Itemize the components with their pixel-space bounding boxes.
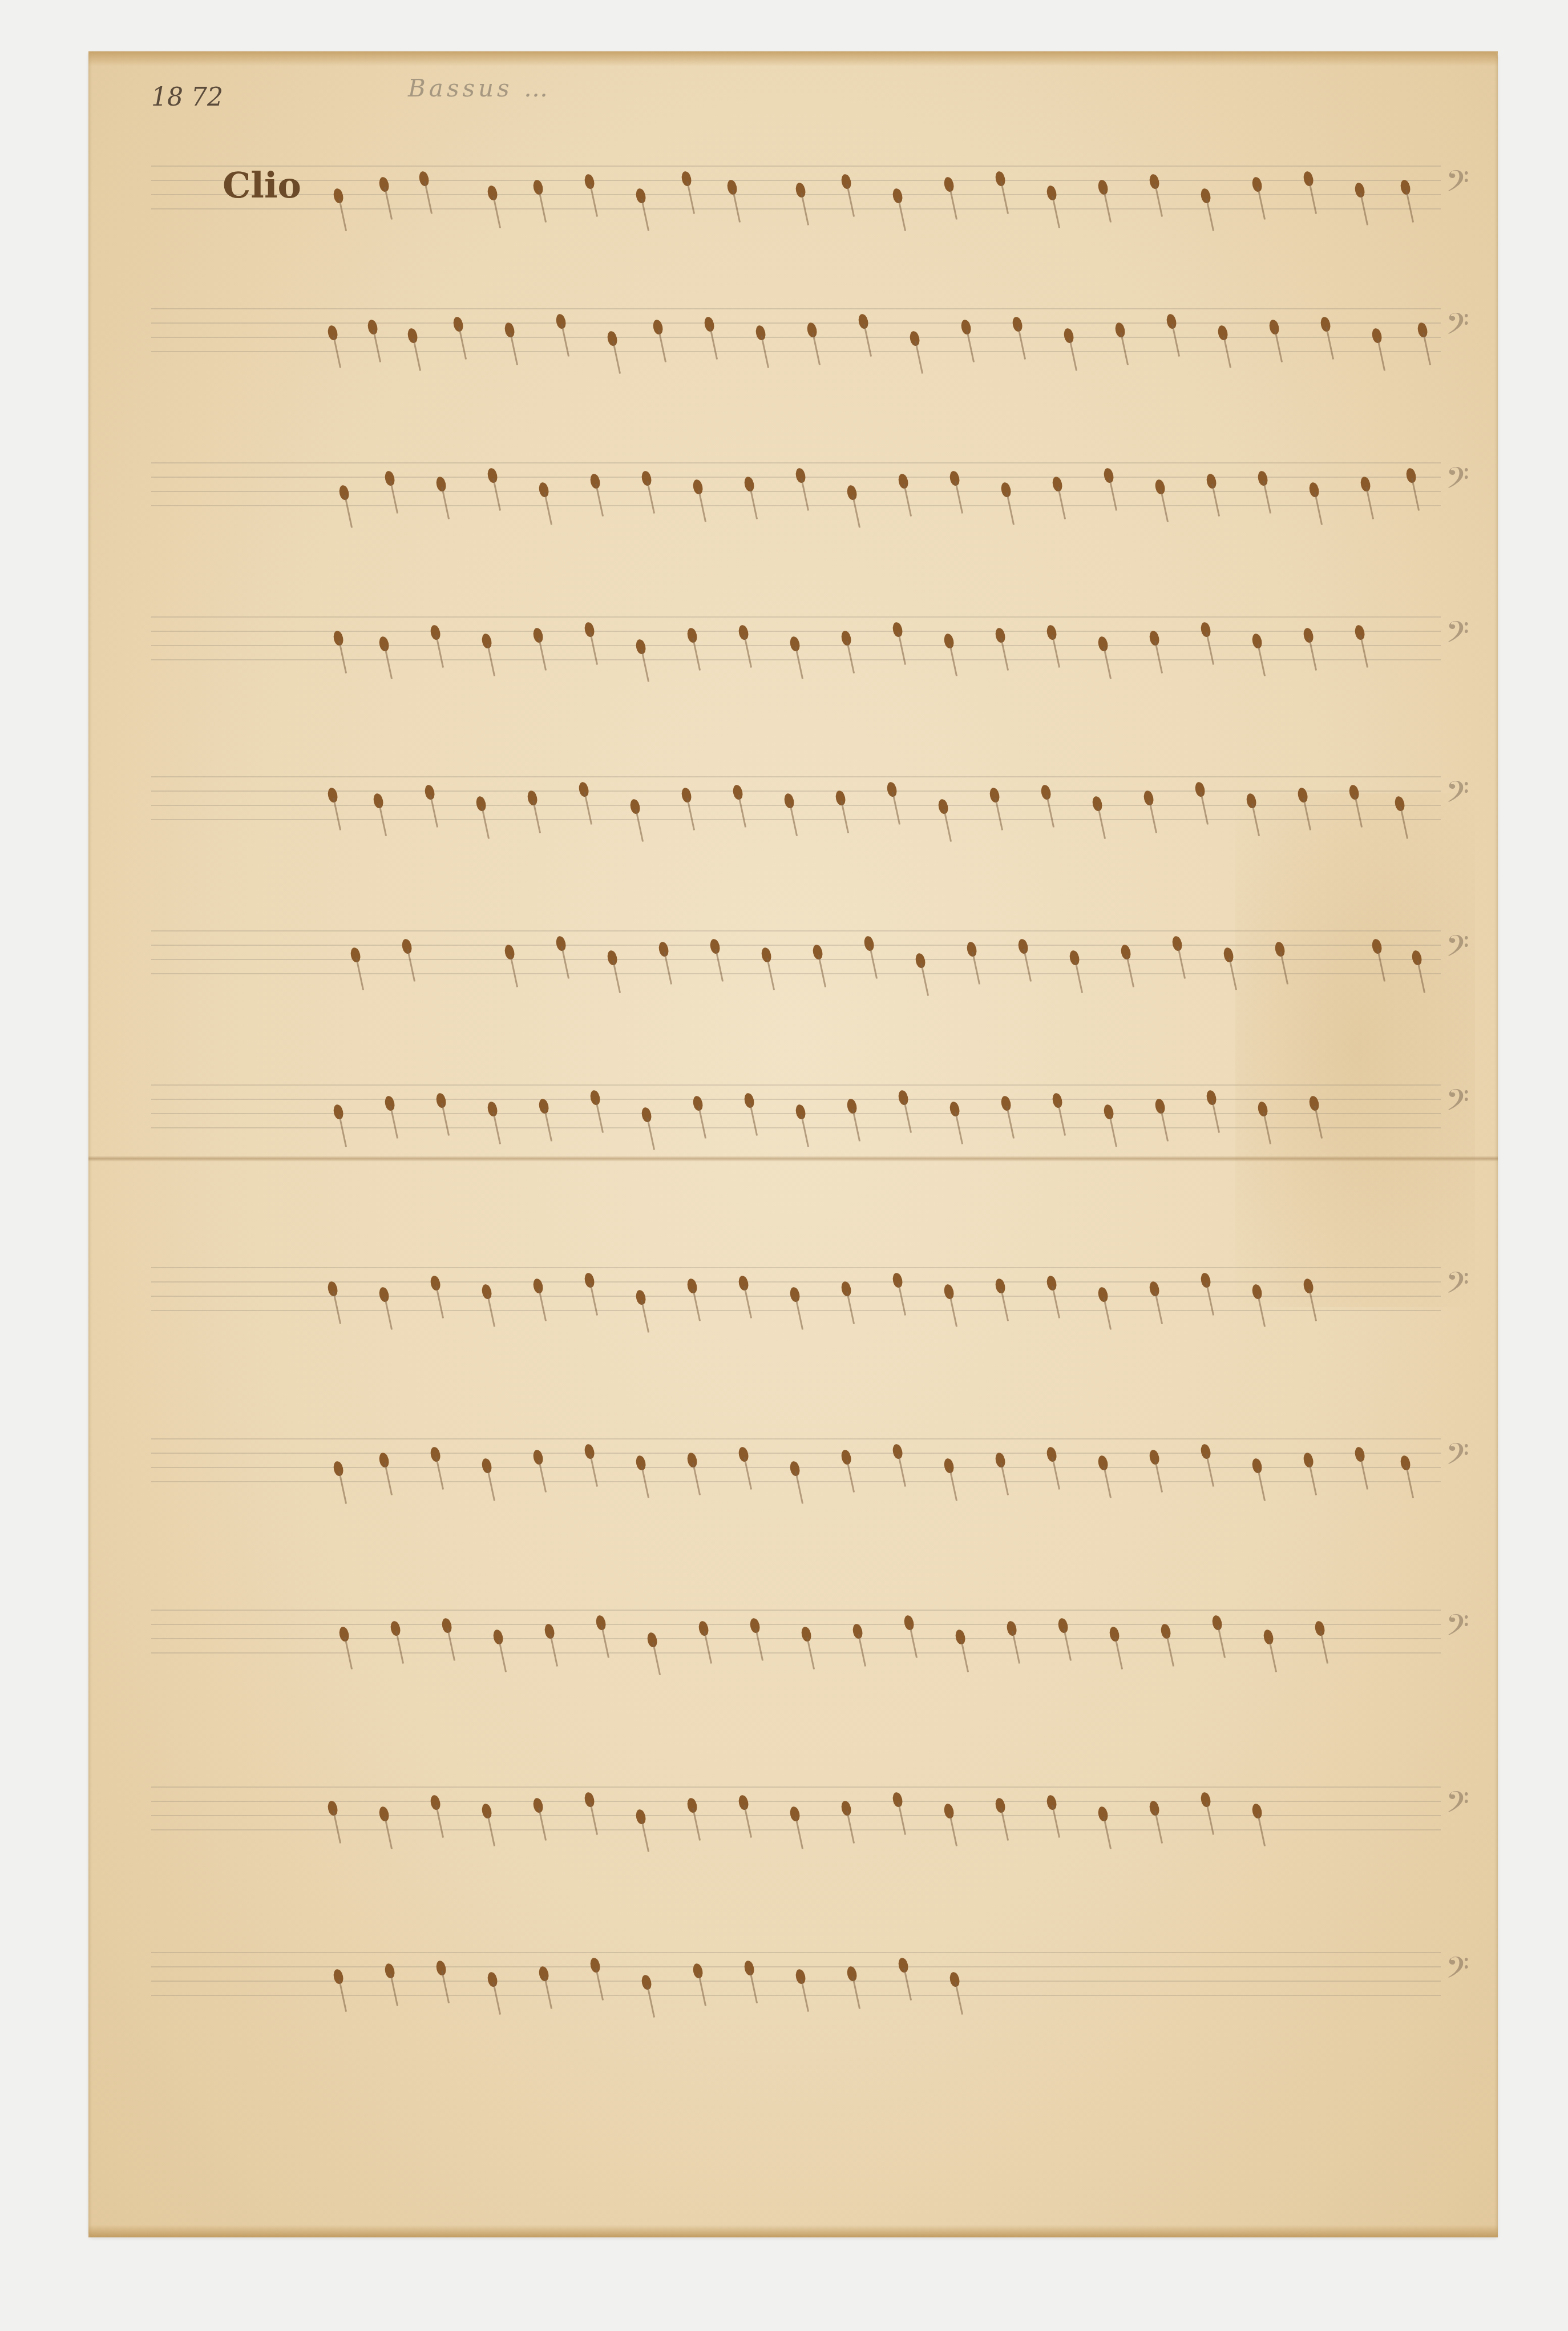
note-head-icon xyxy=(635,188,646,204)
note-head-icon xyxy=(703,316,715,333)
clef-icon: 𝄢 xyxy=(1446,775,1469,817)
note-head-icon xyxy=(686,1278,698,1294)
note-head-icon xyxy=(783,793,795,809)
note-head-icon xyxy=(1165,313,1177,330)
note-head-icon xyxy=(338,1626,350,1643)
note-head-icon xyxy=(680,787,692,804)
note-head-icon xyxy=(1097,636,1109,652)
note-head-icon xyxy=(326,787,338,804)
note-head-icon xyxy=(937,798,949,815)
note-head-icon xyxy=(1353,1446,1365,1463)
clef-icon: 𝄢 xyxy=(1446,1951,1469,1993)
note-head-icon xyxy=(897,1090,909,1106)
note-head-icon xyxy=(1102,1104,1114,1120)
notes-row xyxy=(317,1598,1407,1684)
note-head-icon xyxy=(1045,624,1057,641)
notes-row xyxy=(317,154,1407,240)
note-head-icon xyxy=(532,1797,544,1814)
note-head-icon xyxy=(492,1629,504,1646)
note-head-icon xyxy=(435,1960,447,1977)
clef-icon: 𝄢 xyxy=(1446,1266,1469,1308)
note-head-icon xyxy=(692,479,704,495)
note-head-icon xyxy=(1199,622,1211,638)
note-head-icon xyxy=(834,790,846,806)
note-head-icon xyxy=(891,1272,903,1289)
note-head-icon xyxy=(840,1800,852,1817)
note-head-icon xyxy=(1148,630,1160,647)
note-head-icon xyxy=(532,1278,544,1294)
note-head-icon xyxy=(886,781,898,798)
note-head-icon xyxy=(789,1461,801,1477)
note-head-icon xyxy=(908,330,920,347)
note-head-icon xyxy=(840,1449,852,1466)
note-head-icon xyxy=(891,1792,903,1808)
clef-icon: 𝄢 xyxy=(1446,1083,1469,1126)
note-head-icon xyxy=(943,176,955,193)
note-head-icon xyxy=(1308,482,1320,498)
music-staff: 𝄢 xyxy=(151,451,1441,537)
note-head-icon xyxy=(635,639,646,655)
note-head-icon xyxy=(1371,938,1383,955)
note-head-icon xyxy=(429,1794,441,1811)
note-head-icon xyxy=(988,787,1000,804)
music-staff: 𝄢 xyxy=(151,1775,1441,1861)
note-head-icon xyxy=(1393,796,1405,812)
note-head-icon xyxy=(737,1794,749,1811)
note-head-icon xyxy=(1097,1455,1109,1471)
note-head-icon xyxy=(1296,787,1308,804)
music-staff: 𝄢 xyxy=(151,297,1441,382)
note-head-icon xyxy=(503,322,515,338)
note-head-icon xyxy=(891,622,903,638)
note-head-icon xyxy=(583,1443,595,1460)
note-head-icon xyxy=(635,1289,646,1306)
note-head-icon xyxy=(326,1800,338,1817)
note-head-icon xyxy=(378,1806,390,1822)
notes-row xyxy=(317,605,1407,691)
note-head-icon xyxy=(1256,1101,1268,1118)
notes-row xyxy=(317,765,1407,850)
note-head-icon xyxy=(943,633,955,650)
note-head-icon xyxy=(383,1963,395,1979)
note-head-icon xyxy=(332,1461,344,1477)
note-head-icon xyxy=(1148,174,1160,190)
note-head-icon xyxy=(1371,328,1383,344)
note-head-icon xyxy=(1120,944,1131,961)
note-head-icon xyxy=(914,953,926,969)
note-head-icon xyxy=(743,1092,755,1109)
note-head-icon xyxy=(994,1452,1006,1469)
note-head-icon xyxy=(1102,467,1114,484)
note-head-icon xyxy=(789,636,801,652)
music-staff: 𝄢 xyxy=(151,605,1441,691)
note-head-icon xyxy=(589,473,601,490)
note-head-icon xyxy=(583,1792,595,1808)
note-head-icon xyxy=(749,1618,761,1634)
note-head-icon xyxy=(1097,179,1109,196)
note-head-icon xyxy=(1114,322,1126,338)
note-head-icon xyxy=(532,1449,544,1466)
note-head-icon xyxy=(1222,947,1234,963)
music-staff: 𝄢 xyxy=(151,765,1441,850)
note-head-icon xyxy=(994,627,1006,644)
note-head-icon xyxy=(418,171,430,187)
note-head-icon xyxy=(943,1458,955,1474)
note-head-icon xyxy=(903,1615,915,1631)
note-head-icon xyxy=(1217,325,1228,341)
note-head-icon xyxy=(577,781,589,798)
note-head-icon xyxy=(692,1963,704,1979)
note-head-icon xyxy=(1268,319,1280,336)
notes-row xyxy=(317,297,1407,382)
note-head-icon xyxy=(606,950,618,966)
note-head-icon xyxy=(840,174,852,190)
note-head-icon xyxy=(332,188,344,204)
note-head-icon xyxy=(743,476,755,493)
note-head-icon xyxy=(486,1101,498,1118)
note-head-icon xyxy=(532,627,544,644)
note-head-icon xyxy=(486,1971,498,1988)
note-head-icon xyxy=(789,1287,801,1303)
note-head-icon xyxy=(1205,473,1217,490)
note-head-icon xyxy=(891,188,903,204)
note-head-icon xyxy=(475,796,487,812)
note-head-icon xyxy=(486,467,498,484)
note-head-icon xyxy=(583,174,595,190)
clef-icon: 𝄢 xyxy=(1446,1608,1469,1651)
note-head-icon xyxy=(754,325,766,341)
notes-row xyxy=(317,919,1407,1005)
note-head-icon xyxy=(635,1455,646,1471)
note-head-icon xyxy=(686,1452,698,1469)
note-head-icon xyxy=(332,630,344,647)
note-head-icon xyxy=(1154,1098,1166,1115)
clef-icon: 𝄢 xyxy=(1446,307,1469,349)
note-head-icon xyxy=(538,1098,549,1115)
note-head-icon xyxy=(1302,1278,1314,1294)
note-head-icon xyxy=(326,325,338,341)
note-head-icon xyxy=(372,793,384,809)
note-head-icon xyxy=(737,1446,749,1463)
note-head-icon xyxy=(1000,482,1012,498)
note-head-icon xyxy=(480,1803,492,1820)
note-head-icon xyxy=(697,1620,709,1637)
note-head-icon xyxy=(401,938,413,955)
note-head-icon xyxy=(897,1957,909,1974)
note-head-icon xyxy=(640,470,652,487)
note-head-icon xyxy=(349,947,361,963)
note-head-icon xyxy=(1051,476,1063,493)
note-head-icon xyxy=(543,1623,555,1640)
note-head-icon xyxy=(1154,479,1166,495)
note-head-icon xyxy=(846,1966,858,1982)
note-head-icon xyxy=(532,179,544,196)
note-head-icon xyxy=(1262,1629,1274,1646)
note-head-icon xyxy=(960,319,972,336)
note-head-icon xyxy=(1005,1620,1017,1637)
note-head-icon xyxy=(948,1971,960,1988)
note-head-icon xyxy=(846,485,858,501)
note-head-icon xyxy=(583,1272,595,1289)
music-staff: 𝄢 xyxy=(151,1598,1441,1684)
note-head-icon xyxy=(1062,328,1074,344)
note-head-icon xyxy=(1211,1615,1223,1631)
note-head-icon xyxy=(840,630,852,647)
note-head-icon xyxy=(794,467,806,484)
note-head-icon xyxy=(657,941,669,958)
note-head-icon xyxy=(1045,185,1057,201)
note-head-icon xyxy=(1091,796,1103,812)
note-head-icon xyxy=(1199,1272,1211,1289)
note-head-icon xyxy=(943,1803,955,1820)
note-head-icon xyxy=(1251,633,1263,650)
note-head-icon xyxy=(794,182,806,199)
note-head-icon xyxy=(452,316,464,333)
note-head-icon xyxy=(1017,938,1029,955)
note-head-icon xyxy=(589,1957,601,1974)
note-head-icon xyxy=(480,633,492,650)
note-head-icon xyxy=(1171,935,1183,952)
note-head-icon xyxy=(1045,1446,1057,1463)
accession-number: 18 72 xyxy=(151,83,223,112)
note-head-icon xyxy=(1097,1287,1109,1303)
note-head-icon xyxy=(1199,1792,1211,1808)
note-head-icon xyxy=(389,1620,401,1637)
note-head-icon xyxy=(811,944,823,961)
note-head-icon xyxy=(652,319,664,336)
note-head-icon xyxy=(897,473,909,490)
note-head-icon xyxy=(332,1969,344,1985)
note-head-icon xyxy=(635,1809,646,1825)
note-head-icon xyxy=(366,319,378,336)
clef-icon: 𝄢 xyxy=(1446,461,1469,503)
note-head-icon xyxy=(1314,1620,1325,1637)
notes-row xyxy=(317,1256,1407,1341)
note-head-icon xyxy=(441,1618,452,1634)
note-head-icon xyxy=(486,185,498,201)
note-head-icon xyxy=(640,1974,652,1991)
notes-row xyxy=(317,1073,1407,1159)
note-head-icon xyxy=(1245,793,1257,809)
note-head-icon xyxy=(1353,624,1365,641)
note-head-icon xyxy=(423,784,435,801)
note-head-icon xyxy=(383,470,395,487)
note-head-icon xyxy=(1199,1443,1211,1460)
note-head-icon xyxy=(1045,1794,1057,1811)
note-head-icon xyxy=(954,1629,966,1646)
note-head-icon xyxy=(737,1275,749,1292)
note-head-icon xyxy=(1068,950,1080,966)
note-head-icon xyxy=(994,1278,1006,1294)
note-head-icon xyxy=(1057,1618,1069,1634)
note-head-icon xyxy=(1302,1452,1314,1469)
music-staff: 𝄢 xyxy=(151,1073,1441,1159)
note-head-icon xyxy=(378,176,390,193)
note-head-icon xyxy=(538,1966,549,1982)
note-head-icon xyxy=(965,941,977,958)
note-head-icon xyxy=(857,313,869,330)
note-head-icon xyxy=(692,1095,704,1112)
music-staff: 𝄢 xyxy=(151,1427,1441,1513)
note-head-icon xyxy=(555,935,567,952)
note-head-icon xyxy=(1148,1800,1160,1817)
note-head-icon xyxy=(378,636,390,652)
note-head-icon xyxy=(480,1458,492,1474)
notes-row xyxy=(317,1427,1407,1513)
note-head-icon xyxy=(526,790,538,806)
note-head-icon xyxy=(948,1101,960,1118)
note-head-icon xyxy=(429,1446,441,1463)
note-head-icon xyxy=(726,179,738,196)
note-head-icon xyxy=(737,624,749,641)
note-head-icon xyxy=(1302,627,1314,644)
clef-icon: 𝄢 xyxy=(1446,929,1469,971)
note-head-icon xyxy=(1045,1275,1057,1292)
note-head-icon xyxy=(1251,176,1263,193)
note-head-icon xyxy=(429,1275,441,1292)
note-head-icon xyxy=(1251,1458,1263,1474)
note-head-icon xyxy=(1000,1095,1012,1112)
note-head-icon xyxy=(994,1797,1006,1814)
note-head-icon xyxy=(378,1452,390,1469)
note-head-icon xyxy=(943,1284,955,1300)
note-head-icon xyxy=(1051,1092,1063,1109)
note-head-icon xyxy=(1359,476,1371,493)
note-head-icon xyxy=(1251,1284,1263,1300)
note-head-icon xyxy=(640,1107,652,1123)
note-head-icon xyxy=(555,313,567,330)
note-head-icon xyxy=(383,1095,395,1112)
note-head-icon xyxy=(851,1623,863,1640)
note-head-icon xyxy=(743,1960,755,1977)
note-head-icon xyxy=(1274,941,1286,958)
note-head-icon xyxy=(1159,1623,1171,1640)
paper-top-edge xyxy=(88,51,1498,66)
note-head-icon xyxy=(1256,470,1268,487)
paper-bottom-edge xyxy=(88,2225,1498,2237)
water-stain xyxy=(1235,793,1475,1307)
note-head-icon xyxy=(1319,316,1331,333)
note-head-icon xyxy=(846,1098,858,1115)
note-head-icon xyxy=(789,1806,801,1822)
note-head-icon xyxy=(646,1632,658,1648)
note-head-icon xyxy=(686,1797,698,1814)
note-head-icon xyxy=(1348,784,1360,801)
note-head-icon xyxy=(891,1443,903,1460)
note-head-icon xyxy=(1308,1095,1320,1112)
note-head-icon xyxy=(1205,1090,1217,1106)
note-head-icon xyxy=(480,1284,492,1300)
note-head-icon xyxy=(994,171,1006,187)
note-head-icon xyxy=(760,947,772,963)
note-head-icon xyxy=(332,1104,344,1120)
note-head-icon xyxy=(709,938,721,955)
note-head-icon xyxy=(686,627,698,644)
note-head-icon xyxy=(1199,188,1211,204)
music-staff: 𝄢 xyxy=(151,1941,1441,2026)
clef-icon: 𝄢 xyxy=(1446,164,1469,207)
note-head-icon xyxy=(338,485,350,501)
clef-icon: 𝄢 xyxy=(1446,615,1469,658)
note-head-icon xyxy=(583,622,595,638)
note-head-icon xyxy=(732,784,743,801)
note-head-icon xyxy=(1194,781,1206,798)
note-head-icon xyxy=(794,1969,806,1985)
note-head-icon xyxy=(589,1090,601,1106)
note-head-icon xyxy=(1302,171,1314,187)
notes-row xyxy=(317,1941,1407,2026)
clef-icon: 𝄢 xyxy=(1446,1785,1469,1828)
music-staff: Clio𝄢 xyxy=(151,154,1441,240)
note-head-icon xyxy=(1251,1803,1263,1820)
note-head-icon xyxy=(1011,316,1023,333)
note-head-icon xyxy=(806,322,818,338)
note-head-icon xyxy=(863,935,875,952)
note-head-icon xyxy=(1097,1806,1109,1822)
note-head-icon xyxy=(503,944,515,961)
note-head-icon xyxy=(595,1615,607,1631)
note-head-icon xyxy=(1040,784,1052,801)
note-head-icon xyxy=(1353,182,1365,199)
notes-row xyxy=(317,1775,1407,1861)
note-head-icon xyxy=(800,1626,812,1643)
note-head-icon xyxy=(1148,1281,1160,1297)
note-head-icon xyxy=(794,1104,806,1120)
note-head-icon xyxy=(1108,1626,1120,1643)
note-head-icon xyxy=(429,624,441,641)
clef-icon: 𝄢 xyxy=(1446,1437,1469,1479)
notes-row xyxy=(317,451,1407,537)
note-head-icon xyxy=(1142,790,1154,806)
note-head-icon xyxy=(435,1092,447,1109)
note-head-icon xyxy=(629,798,641,815)
note-head-icon xyxy=(406,328,418,344)
note-head-icon xyxy=(1148,1449,1160,1466)
note-head-icon xyxy=(378,1287,390,1303)
note-head-icon xyxy=(435,476,447,493)
note-head-icon xyxy=(606,330,618,347)
staff-label: Clio xyxy=(223,164,301,206)
note-head-icon xyxy=(538,482,549,498)
note-head-icon xyxy=(840,1281,852,1297)
note-head-icon xyxy=(326,1281,338,1297)
note-head-icon xyxy=(680,171,692,187)
music-staff: 𝄢 xyxy=(151,919,1441,1005)
music-staff: 𝄢 xyxy=(151,1256,1441,1341)
note-head-icon xyxy=(948,470,960,487)
manuscript-page: 18 72 Bassus … Clio𝄢𝄢𝄢𝄢𝄢𝄢𝄢𝄢𝄢𝄢𝄢𝄢 xyxy=(88,51,1498,2237)
page-header: Bassus … xyxy=(408,74,551,102)
